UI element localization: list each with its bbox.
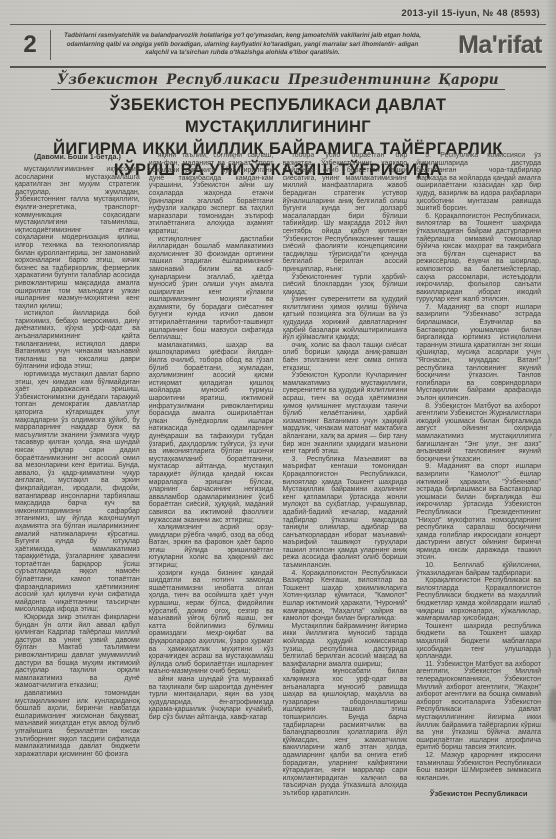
scan-mark: ) xyxy=(547,646,552,661)
body-paragraph: 5. Республика комиссияси ўз йиғилишларид… xyxy=(416,152,541,213)
decree-title-line: ЎЗБЕКИСТОН РЕСПУБЛИКАСИ ДАВЛАТ МУСТАҚИЛЛ… xyxy=(20,95,536,139)
body-paragraph: яқини таълим, соғлиқни сақлаш, илм-фан, … xyxy=(149,152,274,236)
signature-block: Ўзбекистон Республикаси Президенти И.КАР… xyxy=(416,789,541,802)
text-column-2: яқини таълим, соғлиқни сақлаш, илм-фан, … xyxy=(149,152,274,802)
body-paragraph: давлатимиз томонидан мустақилликнинг илк… xyxy=(15,690,140,758)
body-paragraph: Юқорида зикр этилган фикрларни бундан ўн… xyxy=(15,614,140,690)
signature-name: И.КАРИМОВ xyxy=(492,800,538,802)
body-paragraph: Ўзбекистон Қуролли Кучларининг мамлакати… xyxy=(283,372,408,456)
scan-mark: , xyxy=(549,424,553,439)
body-paragraph: 3. Республика Маънавият ва маърифат кенг… xyxy=(283,456,408,570)
signature-line: Президенти И.КАРИМОВ xyxy=(416,800,541,802)
body-paragraph: ҳозирги кунда бизнинг қандай шиддатли ва… xyxy=(149,570,274,676)
column-paragraphs: яқини таълим, соғлиқни сақлаш, илм-фан, … xyxy=(149,152,274,722)
scan-mark: . xyxy=(547,594,551,609)
decree-kicker-row: Ўзбекистон Республикаси Президентининг Қ… xyxy=(0,71,556,90)
scan-mark: ) xyxy=(546,352,551,367)
body-paragraph: мустақиллигимизнинг иқтисодий асосларини… xyxy=(15,166,140,310)
newspaper-page: 2013-yil 15-iyun, № 48 (8593) 2 Tadbirla… xyxy=(0,0,556,839)
issue-dateline: 2013-yil 15-iyun, № 48 (8593) xyxy=(401,8,540,19)
body-paragraph: халқимизнинг асрий орзу-умидлари рўёбга … xyxy=(149,524,274,570)
column-paragraphs: 5. Республика комиссияси ўз йиғилишларид… xyxy=(416,152,541,782)
text-column-3: тобора ўсиб бораётган бир вазиятда Ўзбек… xyxy=(283,152,408,802)
body-paragraph: 6. Қорақалпоғистон Республикаси, вилоятл… xyxy=(416,213,541,304)
body-paragraph: мамлакатимиз, шаҳар ва қишлоқларимиз қиё… xyxy=(149,342,274,524)
divider xyxy=(10,66,546,68)
epigraph-text: Tadbirlarni rasmiyatchilik va balandparv… xyxy=(50,30,434,60)
body-paragraph: 4. Қорақалпоғистон Республикаси Вазирлар… xyxy=(283,570,408,623)
body-paragraph: истиқлолнинг дастлабки йилларидан бошлаб… xyxy=(149,236,274,342)
body-paragraph: байрам муносабати билан халқимизга хос у… xyxy=(283,668,408,797)
body-paragraph: юртимизда мустақил давлат барпо этиш, ҳе… xyxy=(15,371,140,614)
page-number: 2 xyxy=(10,26,50,64)
masthead: 2 Tadbirlarni rasmiyatchilik va balandpa… xyxy=(10,25,546,65)
body-paragraph: 11. Ўзбекистон Матбуот ва ахборот агентл… xyxy=(416,661,541,752)
decree-kicker: Ўзбекистон Республикаси Президентининг Қ… xyxy=(51,72,505,90)
body-paragraph: тобора ўсиб бораётган бир вазиятда Ўзбек… xyxy=(283,152,408,274)
body-paragraph: 10. Белгилаб қўйилсинки, ўтказиладиган б… xyxy=(416,562,541,577)
body-paragraph: истиқлол йилларида бой тарихимиз, бебаҳо… xyxy=(15,310,140,371)
text-column-1: (Давоми. Боши 1-бетда.) мустақиллигимизн… xyxy=(15,152,140,802)
body-paragraph: ўзининг суверенитети ва ҳудудий яхлитлиг… xyxy=(283,296,408,342)
continuation-note: (Давоми. Боши 1-бетда.) xyxy=(15,152,140,161)
body-paragraph: 7. Маданият ва спорт ишлари вазирлиги "Ў… xyxy=(416,304,541,403)
scan-smudge xyxy=(548,688,556,722)
body-paragraph: айни мана шундай ўта мураккаб ва таҳлика… xyxy=(149,676,274,722)
signature-title: Президенти xyxy=(419,800,464,802)
newspaper-logo: Ma'rifat xyxy=(434,31,546,60)
body-paragraph: Ўзбекистоннинг турли ҳарбий-сиёсий блокл… xyxy=(283,274,408,297)
body-paragraph: Мустақиллик байрамининг йигирма икки йил… xyxy=(283,623,408,669)
column-paragraphs: мустақиллигимизнинг иқтисодий асосларини… xyxy=(15,166,140,758)
text-column-4: 5. Республика комиссияси ўз йиғилишларид… xyxy=(416,152,541,802)
body-paragraph: Тошкент шаҳрида республика бюджети ва То… xyxy=(416,623,541,661)
body-paragraph: Қорақалпоғистон Республикаси ва вилоятла… xyxy=(416,577,541,623)
body-paragraph: 8. Ўзбекистон Матбуот ва ахборот агентли… xyxy=(416,403,541,464)
article-body: (Давоми. Боши 1-бетда.) мустақиллигимизн… xyxy=(15,152,541,802)
body-paragraph: очиқ, холис ва фаол ташқи сиёсат олиб бо… xyxy=(283,342,408,372)
body-paragraph: 12. Мазкур қарорнинг ижросини таъминлаш … xyxy=(416,752,541,782)
body-paragraph: 9. Маданият ва спорт ишлари вазирлиги "К… xyxy=(416,463,541,562)
signature-org: Ўзбекистон Республикаси xyxy=(416,789,541,798)
column-paragraphs: тобора ўсиб бораётган бир вазиятда Ўзбек… xyxy=(283,152,408,797)
